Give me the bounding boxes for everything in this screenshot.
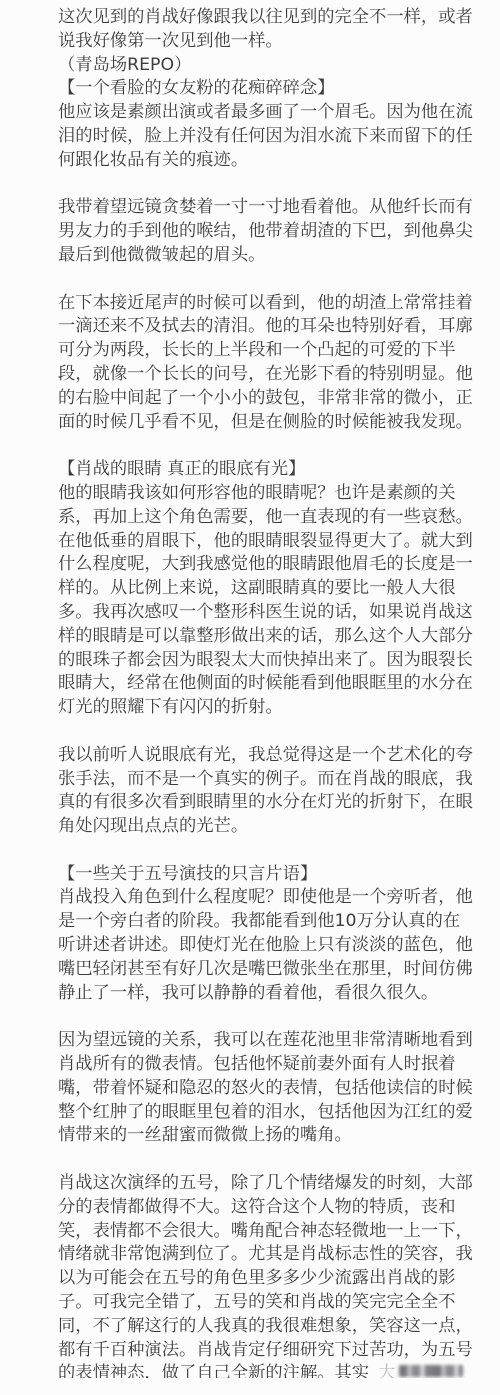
text-line: 因为望远镜的关系，我可以在莲花池里非常清晰地看到: [58, 1029, 480, 1053]
text-line: 我带着望远镜贪婪着一寸一寸地看着他。从他纤长而有: [58, 196, 480, 220]
text-line: 泪的时候，脸上并没有任何因为泪水流下来而留下的任: [58, 125, 480, 149]
paragraph: 在下本接近尾声的时候可以看到，他的胡渣上常常挂着一滴还来不及拭去的清泪。他的耳朵…: [58, 292, 480, 435]
text-line: 【肖战的眼睛 真正的眼底有光】: [58, 458, 480, 482]
text-line: 肖战投入角色到什么程度呢？即使他是一个旁听者，他: [58, 886, 480, 910]
text-line: 面的时候几乎看不见，但是在侧脸的时候能被我发现。: [58, 411, 480, 435]
text-line: 肖战所有的微表情。包括他怀疑前妻外面有人时抿着: [58, 1053, 480, 1077]
text-line: 肖战这次演绎的五号，除了几个情绪爆发的时刻，大部: [58, 1172, 480, 1196]
text-line: 都有千百种演法。肖战肯定仔细研究下过苦功，为五号: [58, 1339, 480, 1363]
paragraph: 我带着望远镜贪婪着一寸一寸地看着他。从他纤长而有男友力的手到他的喉结，他带着胡渣…: [58, 196, 480, 267]
text-line: 他的眼睛我该如何形容他的眼睛呢？也许是素颜的关: [58, 482, 480, 506]
censored-watermark-blur: [399, 1365, 463, 1377]
text-line: 在他低垂的眉眼下，他的眼睛眼裂显得更大了。就大到: [58, 530, 480, 554]
paragraph: 这次见到的肖战好像跟我以往见到的完全不一样，或者说我好像第一次见到他一样。（青岛…: [58, 6, 480, 173]
paragraph: 因为望远镜的关系，我可以在莲花池里非常清晰地看到肖战所有的微表情。包括他怀疑前妻…: [58, 1029, 480, 1148]
text-line: 【一个看脸的女友粉的花痴碎碎念】: [58, 77, 480, 101]
paragraph: 肖战这次演绎的五号，除了几个情绪爆发的时刻，大部分的表情都做得不大。这符合这个人…: [58, 1172, 480, 1378]
text-line: 的表情神态，做了自己全新的注解。其实大: [58, 1362, 480, 1378]
text-line: 角处闪现出点点的光芒。: [58, 815, 480, 839]
page: { "page": { "background": "#fcfcfc", "te…: [0, 0, 500, 1395]
text-line: 什么程度呢，大到我感觉他的眼睛跟他眉毛的长度是一: [58, 553, 480, 577]
document-body: 这次见到的肖战好像跟我以往见到的完全不一样，或者说我好像第一次见到他一样。（青岛…: [0, 0, 500, 1378]
text-line: 笑，表情都不会很大。嘴角配合神态轻微地一上一下，: [58, 1220, 480, 1244]
text-line: 是一个旁白者的阶段。我都能看到他10万分认真的在: [58, 910, 480, 934]
text-line: 情绪就非常饱满到位了。尤其是肖战标志性的笑容，我: [58, 1243, 480, 1267]
text-line: 段，就像一个长长的问号，在光影下看的特别明显。他: [58, 363, 480, 387]
text-line: 样的眼睛是可以靠整形做出来的话，那么这个人大部分: [58, 625, 480, 649]
text-line: 情带来的一丝甜蜜而微微上扬的嘴角。: [58, 1124, 480, 1148]
text-line: 张手法，而不是一个真实的例子。而在肖战的眼底，我: [58, 768, 480, 792]
text-line: 一滴还来不及拭去的清泪。他的耳朵也特别好看，耳廓: [58, 315, 480, 339]
text-line: 最后到他微微皱起的眉头。: [58, 244, 480, 268]
text-line: 的眼珠子都会因为眼裂太大而快掉出来了。因为眼裂长: [58, 649, 480, 673]
paragraph: 【一些关于五号演技的只言片语】肖战投入角色到什么程度呢？即使他是一个旁听者，他是…: [58, 863, 480, 1006]
text-line: 嘴，带着怀疑和隐忍的怒火的表情，包括他读信的时候: [58, 1077, 480, 1101]
text-line: （青岛场REPO）: [58, 54, 480, 78]
text-line: 眼睛大，经常在他侧面的时候能看到他眼眶里的水分在: [58, 672, 480, 696]
text-line: 男友力的手到他的喉结，他带着胡渣的下巴，到他鼻尖: [58, 220, 480, 244]
text-line: 说我好像第一次见到他一样。: [58, 30, 480, 54]
text-line: 真的有很多次看到眼睛里的水分在灯光的折射下，在眼: [58, 791, 480, 815]
text-line: 何跟化妆品有关的痕迹。: [58, 149, 480, 173]
text-line: 分的表情都做得不大。这符合这个人物的特质，丧和: [58, 1196, 480, 1220]
paragraph: 我以前听人说眼底有光，我总觉得这是一个艺术化的夸张手法，而不是一个真实的例子。而…: [58, 744, 480, 839]
text-line: 系，再加上这个角色需要，他一直表现的有一些哀愁。: [58, 506, 480, 530]
text-line: 样的。从比例上来说，这副眼睛真的要比一般人大很: [58, 577, 480, 601]
paragraph: 【肖战的眼睛 真正的眼底有光】他的眼睛我该如何形容他的眼睛呢？也许是素颜的关系，…: [58, 458, 480, 720]
text-line-fragment: 的表情神态，做了自己全新的注解。其实: [58, 1363, 369, 1378]
text-line: 多。我再次感叹一个整形科医生说的话，如果说肖战这: [58, 601, 480, 625]
text-line: 子。可我完全错了，五号的笑和肖战的笑完完全全不: [58, 1291, 480, 1315]
text-line: 以为可能会在五号的角色里多多少少流露出肖战的影: [58, 1267, 480, 1291]
faded-character: 大: [378, 1363, 395, 1378]
text-line: 这次见到的肖战好像跟我以往见到的完全不一样，或者: [58, 6, 480, 30]
text-line: 灯光的照耀下有闪闪的折射。: [58, 696, 480, 720]
text-line: 【一些关于五号演技的只言片语】: [58, 863, 480, 887]
text-line: 整个红肿了的眼眶里包着的泪水，包括他因为江红的爱: [58, 1101, 480, 1125]
text-line: 的右脸中间起了一个小小的鼓包，非常非常的微小，正: [58, 387, 480, 411]
text-line: 可分为两段，长长的上半段和一个凸起的可爱的下半: [58, 339, 480, 363]
text-line: 静止了一样，我可以静静的看着他，看很久很久。: [58, 982, 480, 1006]
text-line: 我以前听人说眼底有光，我总觉得这是一个艺术化的夸: [58, 744, 480, 768]
text-line: 同，不了解这行的人我真的我很难想象，笑容这一点，: [58, 1315, 480, 1339]
text-line: 在下本接近尾声的时候可以看到，他的胡渣上常常挂着: [58, 292, 480, 316]
text-line: 他应该是素颜出演或者最多画了一个眉毛。因为他在流: [58, 101, 480, 125]
text-line: 听讲述者讲述。即使灯光在他脸上只有淡淡的蓝色，他: [58, 934, 480, 958]
text-line: 嘴巴轻闭甚至有好几次是嘴巴微张坐在那里，时间仿佛: [58, 958, 480, 982]
